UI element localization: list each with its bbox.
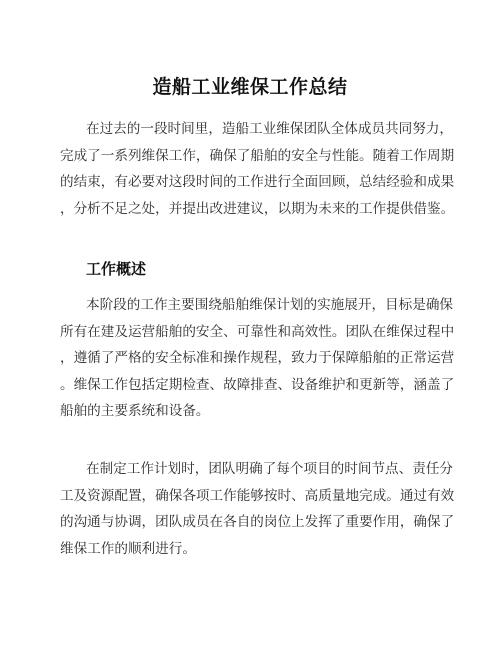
- paragraph-line: ，遵循了严格的安全标准和操作规程，致力于保障船舶的正常运营: [60, 345, 440, 372]
- paragraph-line: ，分析不足之处，并提出改进建议，以期为未来的工作提供借鉴。: [60, 196, 440, 223]
- paragraph-line: 工及资源配置，确保各项工作能够按时、高质量地完成。通过有效: [60, 483, 440, 510]
- paragraph-line: 在过去的一段时间里，造船工业维保团队全体成员共同努力，: [60, 116, 440, 143]
- document-page: 造船工业维保工作总结 在过去的一段时间里，造船工业维保团队全体成员共同努力， 完…: [0, 0, 500, 647]
- paragraph-line: 。维保工作包括定期检查、故障排查、设备维护和更新等，涵盖了: [60, 372, 440, 399]
- overview-paragraph-1: 本阶段的工作主要围绕船舶维保计划的实施展开，目标是确保 所有在建及运营船舶的安全…: [60, 292, 440, 425]
- paragraph-line: 维保工作的顺利进行。: [60, 536, 440, 563]
- overview-paragraph-2: 在制定工作计划时，团队明确了每个项目的时间节点、责任分 工及资源配置，确保各项工…: [60, 456, 440, 562]
- paragraph-line: 在制定工作计划时，团队明确了每个项目的时间节点、责任分: [60, 456, 440, 483]
- paragraph-line: 船舶的主要系统和设备。: [60, 398, 440, 425]
- paragraph-line: 的沟通与协调，团队成员在各自的岗位上发挥了重要作用，确保了: [60, 509, 440, 536]
- paragraph-line: 本阶段的工作主要围绕船舶维保计划的实施展开，目标是确保: [60, 292, 440, 319]
- intro-paragraph: 在过去的一段时间里，造船工业维保团队全体成员共同努力， 完成了一系列维保工作，确…: [60, 116, 440, 222]
- paragraph-line: 完成了一系列维保工作，确保了船舶的安全与性能。随着工作周期: [60, 143, 440, 170]
- document-title: 造船工业维保工作总结: [0, 73, 500, 101]
- paragraph-line: 所有在建及运营船舶的安全、可靠性和高效性。团队在维保过程中: [60, 319, 440, 346]
- paragraph-line: 的结束，有必要对这段时间的工作进行全面回顾，总结经验和成果: [60, 169, 440, 196]
- section-heading-work-overview: 工作概述: [86, 258, 146, 280]
